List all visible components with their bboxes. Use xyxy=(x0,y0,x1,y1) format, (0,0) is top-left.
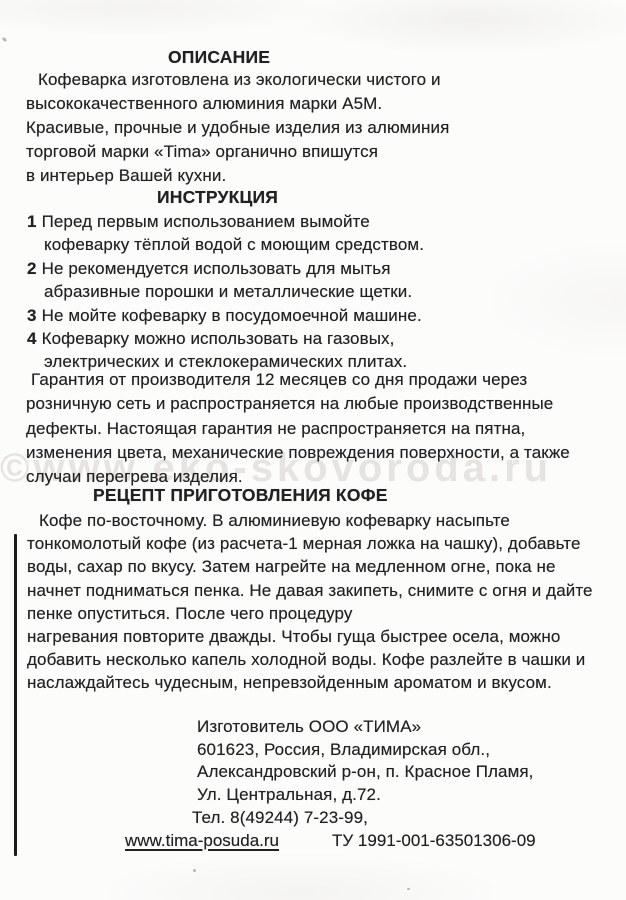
text-line: торговой марки «Tima» органично впишутся xyxy=(26,140,449,164)
website-link: www.tima-posuda.ru xyxy=(125,831,279,851)
list-item: 1Перед первым использованием вымойте xyxy=(27,210,424,233)
text-line: Кофеварка изготовлена из экологически чи… xyxy=(26,68,449,92)
text-line: в интерьер Вашей кухни. xyxy=(26,164,449,188)
list-item: 3Не мойте кофеварку в посудомоечной маши… xyxy=(27,304,424,327)
manufacturer-address: 601623, Россия, Владимирская обл., xyxy=(197,739,534,762)
text-line: нагревания повторите дважды. Чтобы гуща … xyxy=(27,625,593,648)
manufacturer-address: Александровский р-он, п. Красное Пламя, xyxy=(197,761,534,784)
text-line: высококачественного алюминия марки А5М. xyxy=(26,92,449,116)
text-line: дефекты. Настоящая гарантия не распростр… xyxy=(26,417,570,441)
text-line: Красивые, прочные и удобные изделия из а… xyxy=(26,116,449,140)
text-line: добавить несколько капель холодной воды.… xyxy=(27,648,593,671)
list-item: 2Не рекомендуется использовать для мытья xyxy=(27,257,424,280)
description-paragraph: Кофеварка изготовлена из экологически чи… xyxy=(26,68,449,188)
list-number: 1 xyxy=(27,212,37,231)
list-number: 2 xyxy=(27,259,37,278)
list-text: Не мойте кофеварку в посудомоечной машин… xyxy=(42,306,422,325)
manufacturer-phone: Тел. 8(49244) 7-23-99, xyxy=(192,807,534,830)
warranty-paragraph: Гарантия от производителя 12 месяцев со … xyxy=(26,368,570,489)
text-line: тонкомолотый кофе (из расчета-1 мерная л… xyxy=(27,532,593,555)
text-line: воды, сахар по вкусу. Затем нагрейте на … xyxy=(27,555,593,578)
tu-number: ТУ 1991-001-63501306-09 xyxy=(332,831,536,851)
instruction-heading: ИНСТРУКЦИЯ xyxy=(157,187,278,208)
list-text: Не рекомендуется использовать для мытья xyxy=(42,259,391,278)
list-item-continuation: абразивные порошки и металлические щетки… xyxy=(27,280,424,303)
list-number: 3 xyxy=(27,306,37,325)
scan-artifact-line xyxy=(14,534,17,856)
text-line: розничную сеть и распространяется на люб… xyxy=(26,392,570,416)
scan-speck xyxy=(193,869,196,872)
list-item-continuation: кофеварку тёплой водой с моющим средство… xyxy=(27,233,424,256)
list-number: 4 xyxy=(27,329,37,348)
scan-speck xyxy=(2,37,8,43)
list-text: Кофеварку можно использовать на газовых, xyxy=(42,329,395,348)
text-line: Кофе по-восточному. В алюминиевую кофева… xyxy=(27,509,593,532)
manufacturer-name: Изготовитель ООО «ТИМА» xyxy=(197,716,534,739)
text-line: пенке опуститься. После чего процедуру xyxy=(27,602,593,625)
recipe-heading: РЕЦЕПТ ПРИГОТОВЛЕНИЯ КОФЕ xyxy=(93,485,388,506)
instruction-list: 1Перед первым использованием вымойте коф… xyxy=(27,210,424,374)
text-line: изменения цвета, механические повреждени… xyxy=(26,441,570,465)
scan-speck xyxy=(407,888,410,890)
recipe-paragraph: Кофе по-восточному. В алюминиевую кофева… xyxy=(27,509,593,695)
manufacturer-address: Ул. Центральная, д.72. xyxy=(197,784,534,807)
description-heading: ОПИСАНИЕ xyxy=(168,47,270,68)
list-text: Перед первым использованием вымойте xyxy=(42,212,370,231)
text-line: начнет подниматься пенка. Не давая закип… xyxy=(27,579,593,602)
text-line: Гарантия от производителя 12 месяцев со … xyxy=(26,368,570,392)
text-line: наслаждайтесь чудесным, непревзойденным … xyxy=(27,671,593,694)
manufacturer-block: Изготовитель ООО «ТИМА» 601623, Россия, … xyxy=(197,716,534,830)
footer-row: www.tima-posuda.ru ТУ 1991-001-63501306-… xyxy=(0,831,626,857)
list-item: 4Кофеварку можно использовать на газовых… xyxy=(27,327,424,350)
